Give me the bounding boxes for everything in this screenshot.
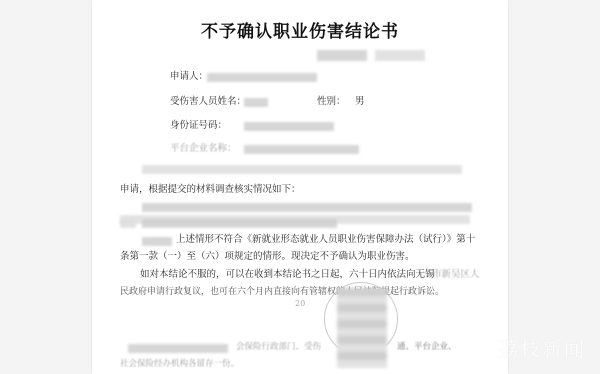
id-number-redacted	[244, 122, 334, 131]
conclusion-prefix-redacted	[142, 237, 172, 246]
cc-line-1-tail: 通、平台企业、	[397, 341, 457, 353]
news-watermark: 荔枝新闻	[498, 333, 586, 362]
appeal-line-1: 如对本结论不服的，可以在收到本结论书之日起，六十日内依法向无锡	[140, 269, 435, 281]
applicant-label: 申请人：	[170, 71, 208, 83]
gender-value: 男	[355, 96, 365, 108]
conclusion-line-2: 条第一款（一）至（六）项规定的情形。现决定不予确认为职业伤害。	[120, 251, 415, 263]
appeal-line-1-tail: 市新吴区人	[432, 269, 480, 281]
cc-line-1: 会保险行政部门、受伤	[236, 341, 321, 353]
conclusion-line-1: 上述情形不符合《新就业形态就业人员职业伤害保障办法（试行）》第十	[176, 234, 475, 246]
investigation-intro: 申请，根据提交的材料调查核实情况如下：	[120, 184, 301, 196]
seal-mosaic-redaction	[337, 288, 387, 368]
platform-name-redacted	[244, 145, 359, 154]
document-page: 不予确认职业伤害结论书 申请人： 受伤害人员姓名： 性别： 男 身份证号码： 平…	[92, 0, 508, 374]
facts-redacted-4	[142, 219, 337, 228]
platform-label: 平台企业名称：	[170, 143, 237, 155]
redacted-line	[142, 165, 462, 174]
date-prefix: 20	[295, 299, 305, 308]
injured-name-redacted	[244, 98, 268, 107]
gender-label: 性别：	[317, 96, 346, 108]
applicant-value-redacted	[207, 73, 317, 82]
facts-redacted-3	[120, 219, 136, 228]
appeal-line-2: 民政府申请行政复议，也可在六个月内直接向有管辖权的人民法院提起行政诉讼。	[120, 286, 444, 298]
cc-redacted-1	[128, 344, 228, 353]
document-number-redacted	[317, 50, 437, 61]
id-number-label: 身份证号码：	[170, 120, 227, 132]
cc-line-2: 社会保险经办机构各留存一份。	[120, 358, 239, 370]
document-title: 不予确认职业伤害结论书	[92, 17, 508, 42]
facts-redacted-1	[142, 203, 472, 212]
injured-name-label: 受伤害人员姓名：	[170, 96, 246, 108]
